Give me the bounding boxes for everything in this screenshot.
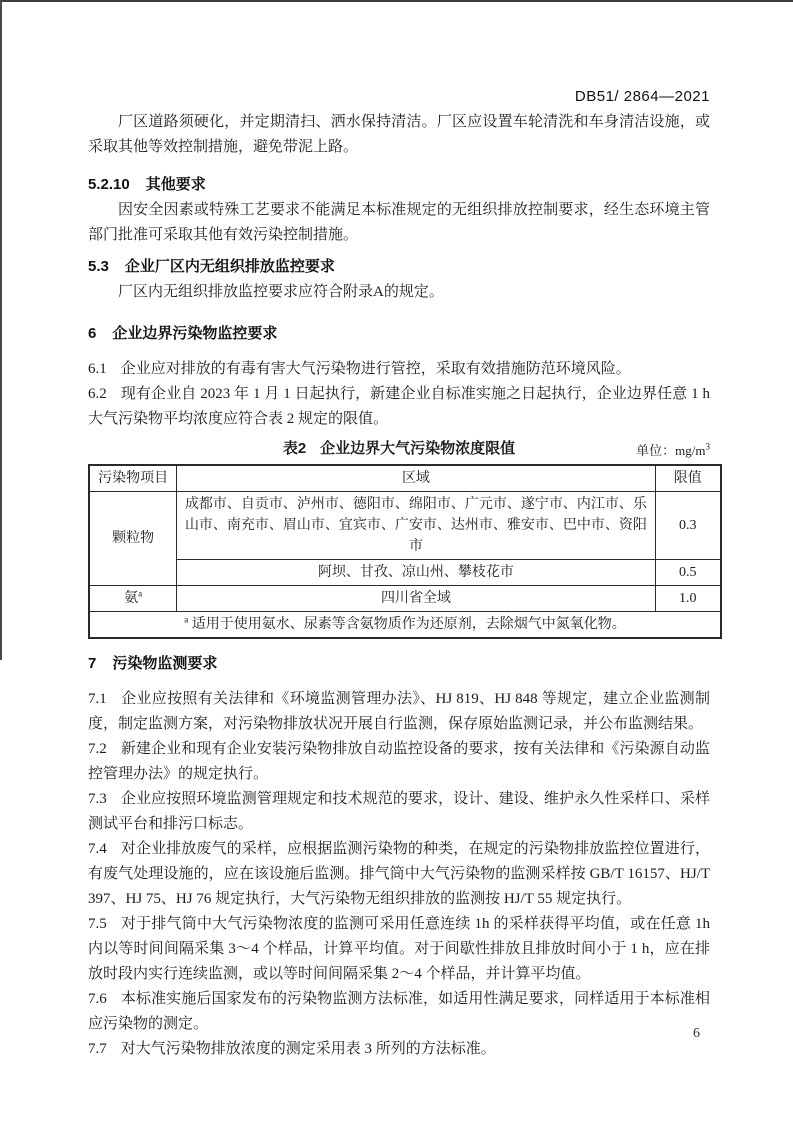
clause-number: 7.4 [88,841,107,857]
cell-pollutant-ammonia: 氨a [89,586,177,612]
unit-label: 单位：mg/m3 [636,440,710,462]
clause-number: 6.2 [88,386,107,402]
standard-code: DB51/ 2864—2021 [88,86,710,108]
clause-7-1: 7.1企业应按照有关法律和《环境监测管理办法》、HJ 819、HJ 848 等规… [88,687,710,737]
scan-edge-left [0,0,2,660]
clause-text: 企业应对排放的有毒有害大气污染物进行管控，采取有效措施防范环境风险。 [121,361,631,377]
clause-text: 对于排气筒中大气污染物浓度的监测可采用任意连续 1h 的采样获得平均值，或在任意… [88,916,710,982]
footnote-text: 适用于使用氨水、尿素等含氨物质作为还原剂，去除烟气中氮氧化物。 [192,617,626,632]
clause-7-2: 7.2新建企业和现有企业安装污染物排放自动监控设备的要求，按有关法律和《污染源自… [88,737,710,787]
clause-6-2: 6.2现有企业自 2023 年 1 月 1 日起执行，新建企业自标准实施之日起执… [88,382,710,432]
heading-title: 企业边界污染物监控要求 [112,325,277,342]
clause-text: 企业应按照有关法律和《环境监测管理办法》、HJ 819、HJ 848 等规定，建… [88,691,710,732]
heading-number: 5.2.10 [88,176,130,193]
heading-number: 6 [88,325,96,342]
cell-limit: 0.5 [655,560,721,586]
clause-7-5: 7.5对于排气筒中大气污染物浓度的监测可采用任意连续 1h 的采样获得平均值，或… [88,912,710,987]
table2-caption-row: 表2企业边界大气污染物浓度限值 单位：mg/m3 [88,438,710,460]
column-header-pollutant: 污染物项目 [89,465,177,492]
heading-7: 7污染物监测要求 [88,653,710,675]
column-header-region: 区域 [177,465,655,492]
unit-superscript: 3 [706,442,711,452]
cell-limit: 0.3 [655,492,721,560]
table-row: 颗粒物 成都市、自贡市、泸州市、德阳市、绵阳市、广元市、遂宁市、内江市、乐山市、… [89,492,721,560]
pollutant-name: 氨 [124,591,138,606]
cell-region-province: 四川省全域 [177,586,655,612]
clause-text: 对大气污染物排放浓度的测定采用表 3 所列的方法标准。 [121,1041,496,1057]
paragraph-road-hardening: 厂区道路须硬化，并定期清扫、洒水保持清洁。厂区应设置车轮清洗和车身清洁设施，或采… [88,110,710,160]
clause-7-7: 7.7对大气污染物排放浓度的测定采用表 3 所列的方法标准。 [88,1037,710,1062]
clause-7-6: 7.6本标准实施后国家发布的污染物监测方法标准，如适用性满足要求，同样适用于本标… [88,987,710,1037]
heading-5-3: 5.3企业厂区内无组织排放监控要求 [88,256,710,278]
clause-number: 6.1 [88,361,107,377]
clause-number: 7.5 [88,916,107,932]
cell-pollutant-particulate: 颗粒物 [89,492,177,586]
footnote-superscript: a [184,614,188,624]
page-content: DB51/ 2864—2021 厂区道路须硬化，并定期清扫、洒水保持清洁。厂区应… [88,0,710,1062]
table2-limits: 污染物项目 区域 限值 颗粒物 成都市、自贡市、泸州市、德阳市、绵阳市、广元市、… [88,464,722,639]
heading-title: 污染物监测要求 [112,655,217,672]
clause-6-1: 6.1企业应对排放的有毒有害大气污染物进行管控，采取有效措施防范环境风险。 [88,357,710,382]
heading-title: 企业厂区内无组织排放监控要求 [125,258,335,275]
clause-number: 7.6 [88,991,107,1007]
table2-caption-title: 企业边界大气污染物浓度限值 [320,440,515,457]
clause-7-3: 7.3企业应按照环境监测管理规定和技术规范的要求，设计、建设、维护永久性采样口、… [88,787,710,837]
clause-number: 7.3 [88,791,107,807]
clause-number: 7.2 [88,741,107,757]
heading-title: 其他要求 [146,176,206,193]
table-footnote-row: a 适用于使用氨水、尿素等含氨物质作为还原剂，去除烟气中氮氧化物。 [89,612,721,639]
pollutant-superscript: a [138,588,142,598]
clause-number: 7.7 [88,1041,107,1057]
clause-text: 新建企业和现有企业安装污染物排放自动监控设备的要求，按有关法律和《污染源自动监控… [88,741,710,782]
clause-text: 本标准实施后国家发布的污染物监测方法标准，如适用性满足要求，同样适用于本标准相应… [88,991,710,1032]
table2-caption-label: 表2 [283,440,306,457]
cell-region-basin-cities: 成都市、自贡市、泸州市、德阳市、绵阳市、广元市、遂宁市、内江市、乐山市、南充市、… [177,492,655,560]
page-number: 6 [693,1026,700,1042]
heading-5-2-10: 5.2.10其他要求 [88,174,710,196]
table-row: 阿坝、甘孜、凉山州、攀枝花市 0.5 [89,560,721,586]
document-page: DB51/ 2864—2021 厂区道路须硬化，并定期清扫、洒水保持清洁。厂区应… [0,0,793,1122]
heading-number: 7 [88,655,96,672]
paragraph-safety-exception: 因安全因素或特殊工艺要求不能满足本标准规定的无组织排放控制要求，经生态环境主管部… [88,198,710,248]
paragraph-5-3: 厂区内无组织排放监控要求应符合附录A的规定。 [88,280,710,305]
clause-number: 7.1 [88,691,107,707]
heading-6: 6企业边界污染物监控要求 [88,323,710,345]
table2-caption: 表2企业边界大气污染物浓度限值 [88,438,710,460]
cell-limit: 1.0 [655,586,721,612]
clause-text: 对企业排放废气的采样，应根据监测污染物的种类，在规定的污染物排放监控位置进行，有… [88,841,710,907]
unit-text: 单位：mg/m [636,443,705,458]
cell-region-western: 阿坝、甘孜、凉山州、攀枝花市 [177,560,655,586]
clause-text: 企业应按照环境监测管理规定和技术规范的要求，设计、建设、维护永久性采样口、采样测… [88,791,710,832]
clause-text: 现有企业自 2023 年 1 月 1 日起执行，新建企业自标准实施之日起执行，企… [88,386,710,427]
column-header-limit: 限值 [655,465,721,492]
table-header-row: 污染物项目 区域 限值 [89,465,721,492]
clause-7-4: 7.4对企业排放废气的采样，应根据监测污染物的种类，在规定的污染物排放监控位置进… [88,837,710,912]
heading-number: 5.3 [88,258,109,275]
table-row: 氨a 四川省全域 1.0 [89,586,721,612]
table-footnote: a 适用于使用氨水、尿素等含氨物质作为还原剂，去除烟气中氮氧化物。 [89,612,721,639]
